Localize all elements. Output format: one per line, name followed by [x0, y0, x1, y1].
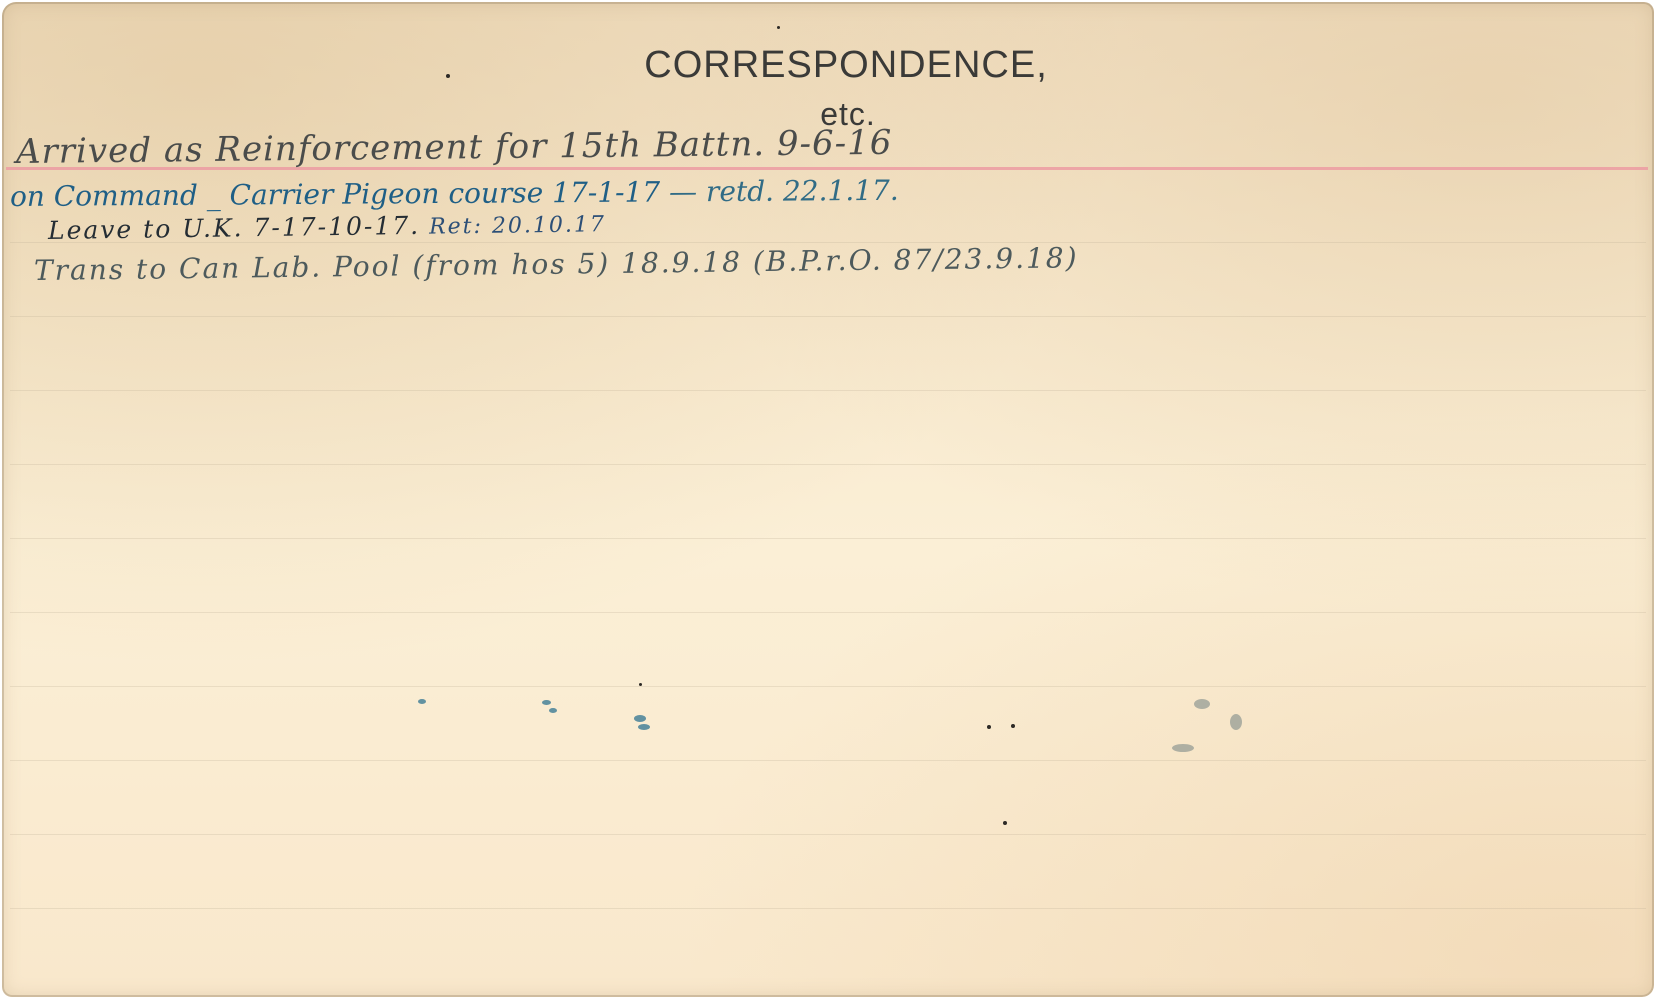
ruled-line	[10, 760, 1646, 761]
ruled-line	[10, 316, 1646, 317]
entry-return-date: Ret: 20.10.17	[420, 212, 606, 240]
card-heading: CORRESPONDENCE,	[2, 44, 1654, 87]
ink-stain	[1194, 699, 1210, 709]
ruled-line	[10, 538, 1646, 539]
speck	[987, 725, 991, 729]
entry-text: Leave to U.K. 7-17-10-17.	[48, 211, 421, 245]
ruled-line	[10, 390, 1646, 391]
handwritten-entry-transfer: Trans to Can Lab. Pool (from hos 5) 18.9…	[34, 241, 1079, 287]
record-card: CORRESPONDENCE, etc. Arrived as Reinforc…	[2, 2, 1654, 997]
entry-return-date: — retd. 22.1.17.	[660, 174, 899, 209]
ink-stain	[634, 715, 646, 722]
ruled-line	[10, 908, 1646, 909]
ruled-line	[10, 612, 1646, 613]
ink-stain	[542, 700, 551, 705]
handwritten-entry-reinforcement: Arrived as Reinforcement for 15th Battn.…	[16, 123, 893, 172]
ink-stain	[418, 699, 426, 704]
ink-stain	[549, 708, 557, 713]
speck	[1003, 821, 1007, 825]
ink-stain	[638, 724, 650, 730]
handwritten-entry-pigeon-course: on Command _ Carrier Pigeon course 17-1-…	[10, 174, 899, 213]
ruled-line	[10, 834, 1646, 835]
speck	[446, 74, 450, 78]
speck	[777, 26, 780, 29]
entry-text: Arrived as Reinforcement for 15th Battn.…	[16, 123, 893, 172]
ink-stain	[1230, 714, 1242, 730]
ink-stain	[1172, 744, 1194, 752]
handwritten-entry-leave: Leave to U.K. 7-17-10-17. Ret: 20.10.17	[48, 208, 606, 245]
ruled-line	[10, 686, 1646, 687]
entry-text: on Command _ Carrier Pigeon course 17-1-…	[10, 175, 660, 213]
speck	[639, 683, 642, 686]
ruled-line	[10, 242, 1646, 243]
entry-text: Trans to Can Lab. Pool (from hos 5) 18.9…	[34, 241, 1079, 287]
ruled-line	[10, 464, 1646, 465]
speck	[1011, 724, 1015, 728]
